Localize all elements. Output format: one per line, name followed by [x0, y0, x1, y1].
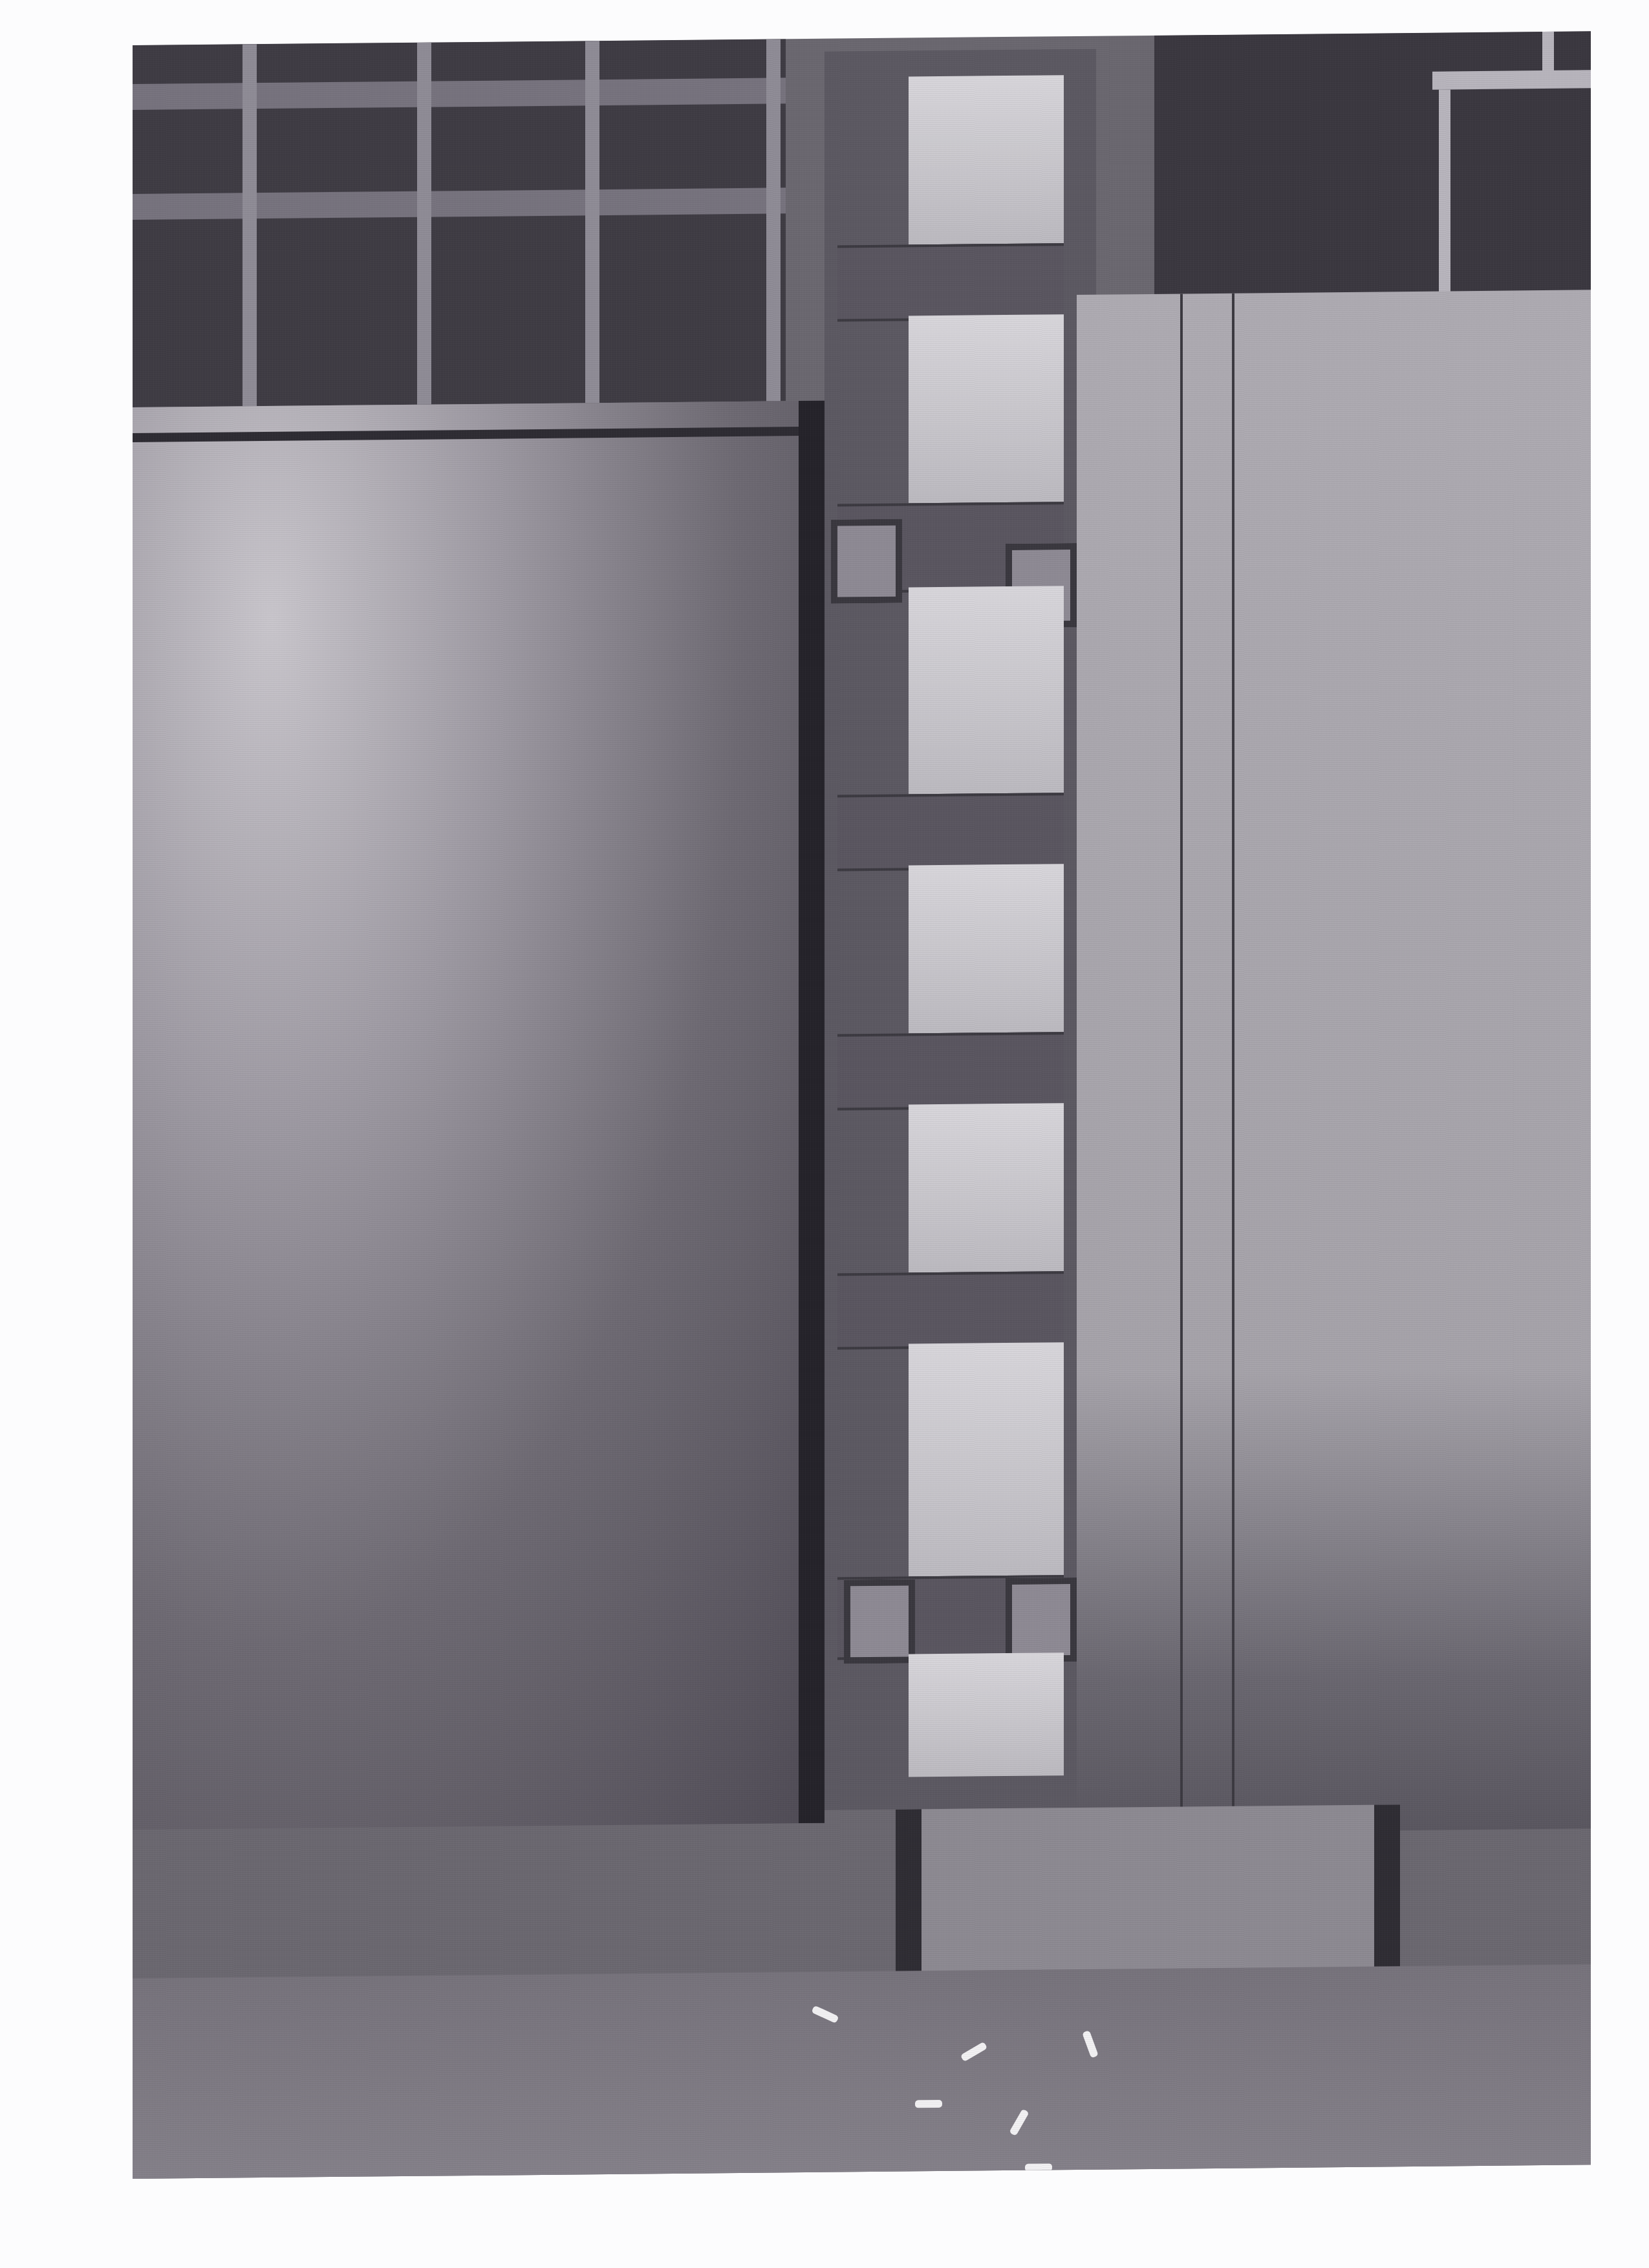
post-slat — [837, 1032, 1064, 1110]
post-slat — [837, 793, 1064, 871]
cigarette-butt — [915, 2100, 942, 2108]
railing-rail — [1432, 70, 1591, 90]
grille-rail — [133, 78, 786, 110]
post-slat — [837, 243, 1064, 321]
post-opening — [909, 1342, 1064, 1576]
grille-rail — [133, 187, 786, 220]
hasp-lock-icon — [844, 1579, 915, 1664]
background-window-dark — [1154, 31, 1591, 306]
cigarette-butt — [1009, 2109, 1029, 2136]
grille-bar — [766, 39, 781, 401]
cigarette-butt — [1082, 2030, 1099, 2059]
window-grille — [133, 39, 786, 407]
right-steel-panel — [1077, 290, 1591, 1834]
grille-bar — [417, 43, 431, 405]
door-top-seam — [133, 427, 799, 442]
door-edge — [799, 401, 824, 1823]
slatted-post — [824, 49, 1096, 1810]
cigarette-butt — [960, 2042, 987, 2062]
post-opening — [909, 1653, 1064, 1777]
floor — [133, 1964, 1591, 2179]
post-opening — [909, 1103, 1064, 1272]
post-opening — [909, 586, 1064, 794]
railing-post — [1439, 89, 1450, 303]
post-slat — [837, 502, 1064, 593]
post-opening — [909, 864, 1064, 1033]
hasp-lock-icon — [831, 519, 902, 604]
panel-seam — [1232, 294, 1234, 1832]
cigarette-butt — [1025, 2163, 1052, 2171]
railing-post — [1542, 32, 1554, 77]
panel-seam — [1180, 294, 1183, 1832]
post-slat — [837, 1271, 1064, 1349]
scanned-photo — [133, 31, 1591, 2179]
grille-bar — [242, 44, 257, 406]
post-opening — [909, 75, 1064, 244]
post-slat — [837, 1575, 1064, 1660]
cigarette-butt — [811, 2006, 839, 2024]
left-steel-door — [133, 401, 824, 1830]
hasp-lock-icon — [1006, 1578, 1077, 1662]
post-opening — [909, 314, 1064, 503]
grille-bar — [585, 41, 599, 403]
